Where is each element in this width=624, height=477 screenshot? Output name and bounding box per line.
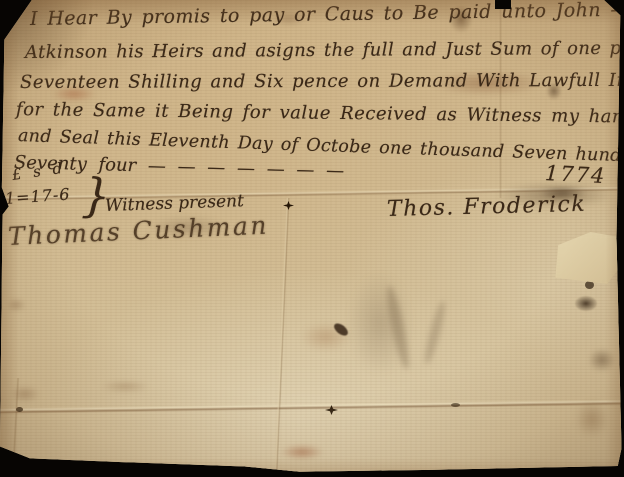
body-line-1: I Hear By promis to pay or Caus to Be pa… bbox=[30, 0, 624, 30]
wrinkle-shadow bbox=[422, 300, 448, 365]
fold-crease-horizontal-lower bbox=[0, 399, 624, 414]
stain bbox=[100, 380, 150, 393]
paper-document: I Hear By promis to pay or Caus to Be pa… bbox=[0, 0, 624, 477]
ink-blot bbox=[332, 321, 350, 338]
wrinkle-shadow bbox=[345, 268, 415, 378]
stain bbox=[6, 298, 26, 312]
fold-crease-vertical-left bbox=[11, 378, 19, 477]
fold-hole-mark bbox=[325, 405, 338, 415]
witness-signature: Thomas Cushman bbox=[7, 211, 269, 251]
stain bbox=[280, 444, 324, 460]
ink-blot bbox=[575, 296, 597, 311]
scan-background: I Hear By promis to pay or Caus to Be pa… bbox=[0, 0, 624, 477]
fold-crease-vertical-faint bbox=[499, 0, 502, 198]
stain bbox=[300, 322, 352, 352]
body-line-3: Seventeen Shilling and Six pence on Dema… bbox=[20, 70, 624, 93]
fold-spot bbox=[451, 403, 460, 407]
year-numeral: 1774 bbox=[544, 161, 607, 188]
body-line-2: Atkinson his Heirs and asigns the full a… bbox=[25, 38, 624, 63]
stain bbox=[588, 348, 616, 372]
amount-figure: 1=17-6 bbox=[4, 184, 71, 208]
fold-crease-vertical-center bbox=[274, 198, 290, 477]
body-line-6: Seventy four — — — — — — — bbox=[14, 152, 345, 182]
fold-hole-mark bbox=[283, 201, 294, 210]
stain bbox=[10, 385, 40, 403]
paper-patch bbox=[551, 232, 623, 284]
body-line-4: for the Same it Being for value Received… bbox=[16, 99, 624, 128]
wrinkle-shadow bbox=[383, 285, 412, 371]
fold-spot bbox=[16, 407, 23, 412]
stain bbox=[575, 400, 609, 438]
maker-signature: Thos. Froderick bbox=[387, 192, 587, 222]
